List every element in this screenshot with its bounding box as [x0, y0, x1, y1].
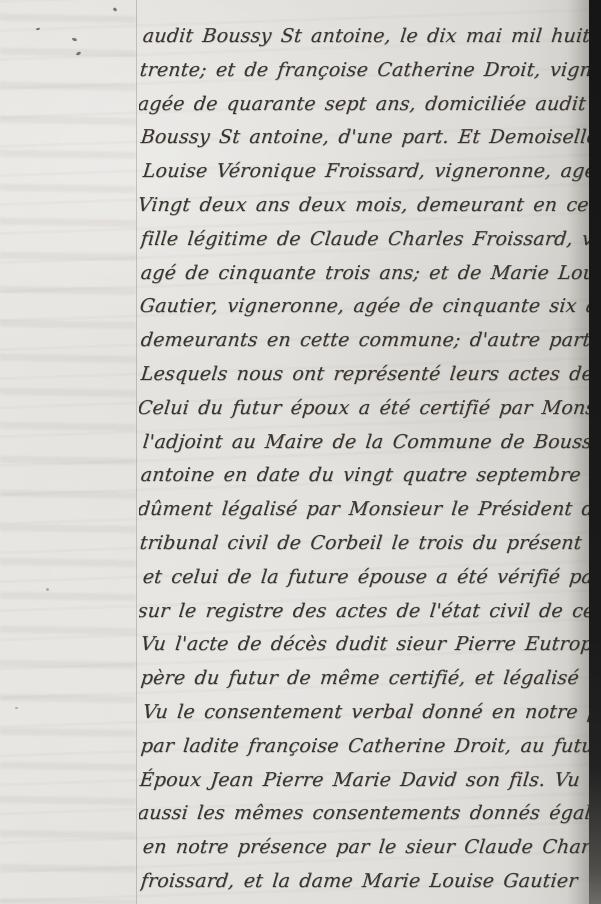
manuscript-line: en notre présence par le sieur Claude Ch…	[141, 831, 601, 865]
manuscript-line: Gautier, vigneronne, agée de cinquante s…	[139, 290, 601, 324]
manuscript-text-block: audit Boussy St antoine, le dix mai mil …	[139, 20, 601, 904]
margin-bleed-through	[0, 0, 136, 904]
manuscript-line: Boussy St antoine, d'une part. Et Demois…	[139, 121, 601, 155]
manuscript-line: par ladite françoise Catherine Droit, au…	[139, 730, 601, 764]
ink-speck	[46, 588, 49, 591]
manuscript-line: demeurants en cette commune; d'autre par…	[139, 324, 601, 358]
manuscript-line: Vu le consentement verbal donné en notre…	[141, 696, 601, 730]
manuscript-line: audit Boussy St antoine, le dix mai mil …	[141, 20, 601, 54]
manuscript-line: trente; et de françoise Catherine Droit,…	[139, 54, 601, 88]
binding-band	[589, 0, 601, 904]
manuscript-line: aussi les mêmes consentements donnés éga…	[139, 797, 601, 831]
manuscript-line: froissard, et la dame Marie Louise Gauti…	[139, 865, 601, 899]
manuscript-line: tribunal civil de Corbeil le trois du pr…	[139, 527, 601, 561]
manuscript-line: Vingt deux ans deux mois, demeurant en c…	[139, 189, 601, 223]
scanned-register-page: audit Boussy St antoine, le dix mai mil …	[0, 0, 601, 904]
manuscript-line: Celui du futur époux a été certifié par …	[139, 392, 601, 426]
manuscript-line: agée de quarante sept ans, domiciliée au…	[139, 88, 601, 122]
manuscript-line: agé de cinquante trois ans; et de Marie …	[139, 257, 601, 291]
manuscript-line: Lesquels nous ont représenté leurs actes…	[139, 358, 601, 392]
manuscript-line: fille légitime de Claude Charles Froissa…	[139, 223, 601, 257]
page-fold-line	[136, 0, 137, 904]
manuscript-line: sur le registre des actes de l'état civi…	[139, 595, 601, 629]
binding-gutter-shadow	[567, 0, 589, 904]
manuscript-line: Époux Jean Pierre Marie David son fils. …	[139, 764, 601, 798]
manuscript-line: Louise Véronique Froissard, vigneronne, …	[141, 155, 601, 189]
manuscript-line: dûment légalisé par Monsieur le Présiden…	[139, 493, 601, 527]
manuscript-line: antoine en date du vingt quatre septembr…	[139, 459, 601, 493]
manuscript-line: et celui de la future épouse a été vérif…	[141, 561, 601, 595]
manuscript-line: l'adjoint au Maire de la Commune de Bous…	[141, 426, 601, 460]
manuscript-line: Vu l'acte de décès dudit sieur Pierre Eu…	[139, 628, 601, 662]
manuscript-line: père du futur de même certifié, et légal…	[139, 662, 601, 696]
ink-speck	[15, 707, 18, 709]
